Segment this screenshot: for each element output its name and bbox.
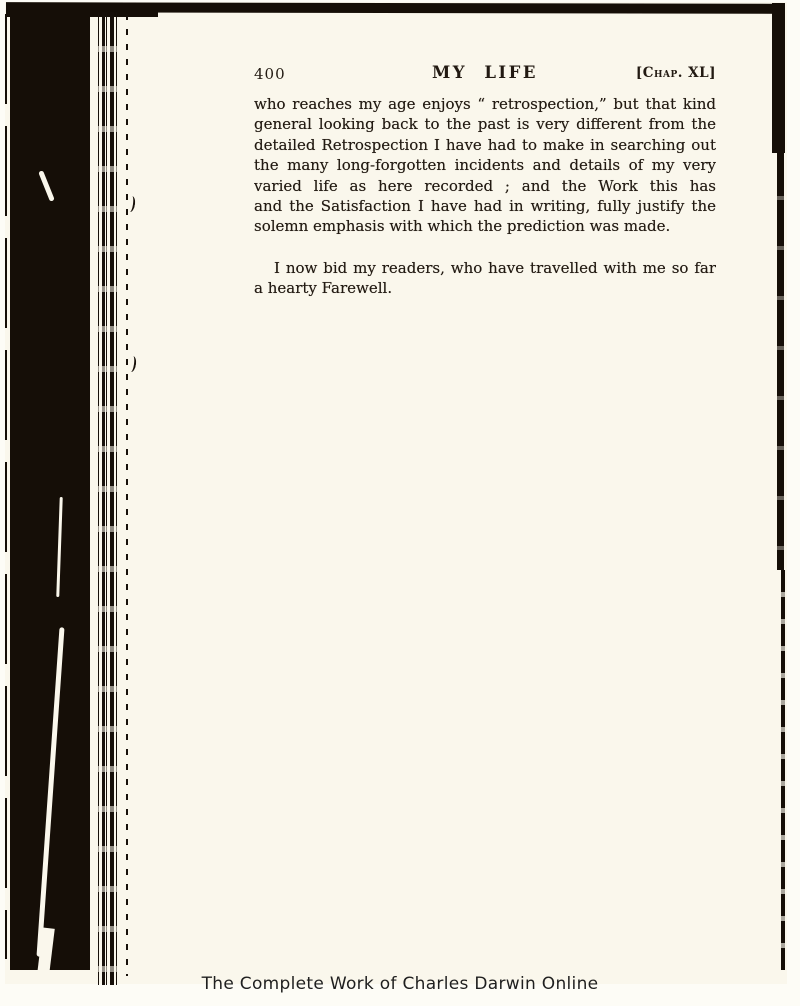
text-line: detailed Retrospection I have had to mak…: [254, 135, 716, 155]
gutter-highlight-bottom: [36, 627, 64, 957]
gutter-highlight-top: [38, 170, 55, 202]
text-line: and the Satisfaction I have had in writi…: [254, 196, 716, 216]
page-edge-streaks: [96, 12, 124, 985]
scanned-book-page: 400 MY LIFE [Chap. XL] who reaches my ag…: [0, 0, 800, 1006]
text-line: solemn emphasis with which the predictio…: [254, 216, 716, 236]
scan-edge-right-top: [772, 3, 785, 153]
text-line: general looking back to the past is very…: [254, 114, 716, 134]
running-title: MY LIFE: [432, 63, 538, 82]
page-edge-dotted-line: [126, 14, 128, 976]
paragraph-2: I now bid my readers, who have travelled…: [254, 258, 716, 299]
text-line: who reaches my age enjoys “ retrospectio…: [254, 94, 716, 114]
text-line: a hearty Farewell.: [254, 278, 716, 298]
text-line: the many long-forgotten incidents and de…: [254, 155, 716, 175]
site-caption: The Complete Work of Charles Darwin Onli…: [0, 974, 800, 994]
text-line: I now bid my readers, who have travelled…: [254, 258, 716, 278]
gutter-highlight-mid: [56, 497, 62, 597]
page-header: 400 MY LIFE [Chap. XL]: [254, 63, 716, 85]
scan-edge-right-mid: [777, 150, 784, 570]
page-number: 400: [254, 65, 286, 83]
paragraph-1: who reaches my age enjoys “ retrospectio…: [254, 94, 716, 237]
scan-edge-right-low: [781, 570, 785, 970]
binding-gutter-shadow: [10, 12, 90, 970]
chapter-label: [Chap. XL]: [636, 65, 716, 81]
scan-edge-left-line: [5, 14, 7, 959]
text-line: varied life as here recorded ; and the W…: [254, 176, 716, 196]
